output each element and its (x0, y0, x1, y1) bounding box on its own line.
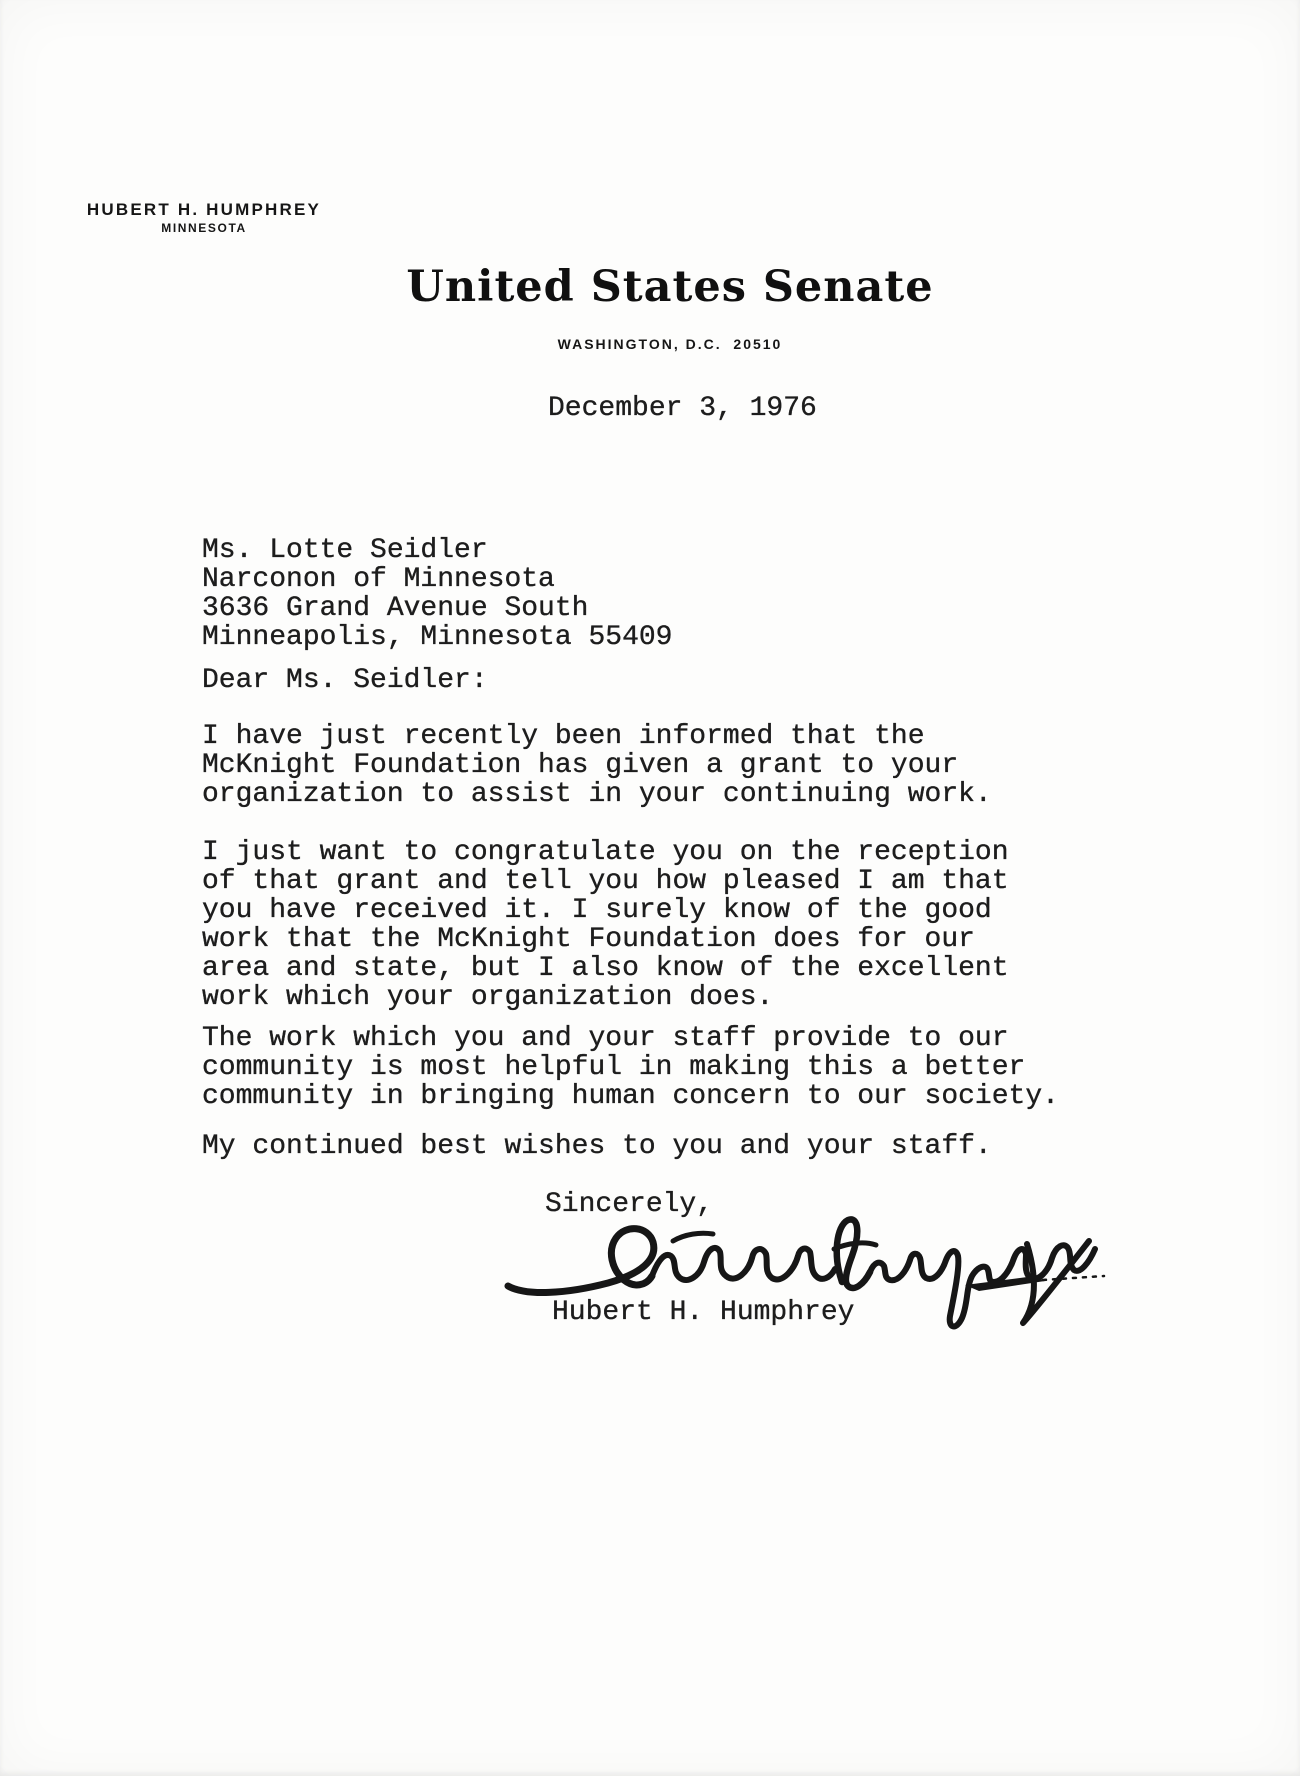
letterhead-address: WASHINGTON, D.C. 20510 (558, 336, 783, 352)
body-paragraph-1: I have just recently been informed that … (202, 722, 992, 809)
recipient-address: Ms. Lotte Seidler Narconon of Minnesota … (202, 536, 672, 652)
body-paragraph-4: My continued best wishes to you and your… (202, 1132, 992, 1161)
letter-page: HUBERT H. HUMPHREY MINNESOTA United Stat… (0, 0, 1300, 1776)
sender-name: HUBERT H. HUMPHREY (86, 200, 322, 220)
body-paragraph-3: The work which you and your staff provid… (202, 1024, 1059, 1111)
salutation: Dear Ms. Seidler: (202, 666, 488, 695)
body-paragraph-2: I just want to congratulate you on the r… (202, 838, 1009, 1012)
sender-state: MINNESOTA (86, 221, 322, 235)
typed-signature-name: Hubert H. Humphrey (552, 1298, 854, 1327)
signature-handwriting-icon (438, 1200, 1110, 1356)
date-line: December 3, 1976 (548, 394, 817, 423)
letterhead-title: United States Senate (406, 262, 933, 312)
